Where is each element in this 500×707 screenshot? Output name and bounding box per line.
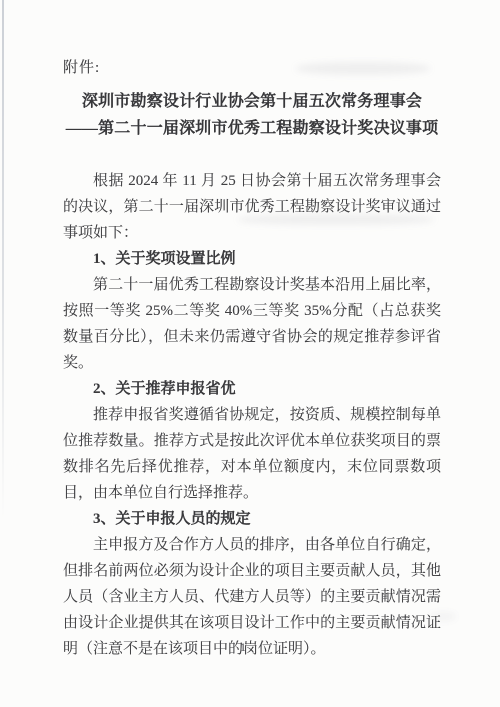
document-content: 附件: 深圳市勘察设计行业协会第十届五次常务理事会 ——第二十一届深圳市优秀工程… xyxy=(63,58,441,662)
document-title-line2: ——第二十一届深圳市优秀工程勘察设计奖决议事项 xyxy=(63,115,441,142)
scanned-document-page: 附件: 深圳市勘察设计行业协会第十届五次常务理事会 ——第二十一届深圳市优秀工程… xyxy=(0,0,500,707)
section-3-heading: 3、关于申报人员的规定 xyxy=(63,506,441,532)
document-title: 深圳市勘察设计行业协会第十届五次常务理事会 ——第二十一届深圳市优秀工程勘察设计… xyxy=(63,88,441,142)
section-2-heading: 2、关于推荐申报省优 xyxy=(63,376,441,402)
section-2-body: 推荐申报省奖遵循省协规定，按资质、规模控制每单位推荐数量。推荐方式是按此次评优本… xyxy=(63,402,441,506)
attachment-label: 附件: xyxy=(63,58,441,78)
page-number: 1 xyxy=(0,642,486,654)
document-title-line1: 深圳市勘察设计行业协会第十届五次常务理事会 xyxy=(63,88,441,115)
scan-edge-artifact xyxy=(2,0,4,520)
intro-paragraph: 根据 2024 年 11 月 25 日协会第十届五次常务理事会的决议，第二十一届… xyxy=(63,168,441,246)
section-1-heading: 1、关于奖项设置比例 xyxy=(63,246,441,272)
section-1-body: 第二十一届优秀工程勘察设计奖基本沿用上届比率，按照一等奖 25%二等奖 40%三… xyxy=(63,272,441,376)
